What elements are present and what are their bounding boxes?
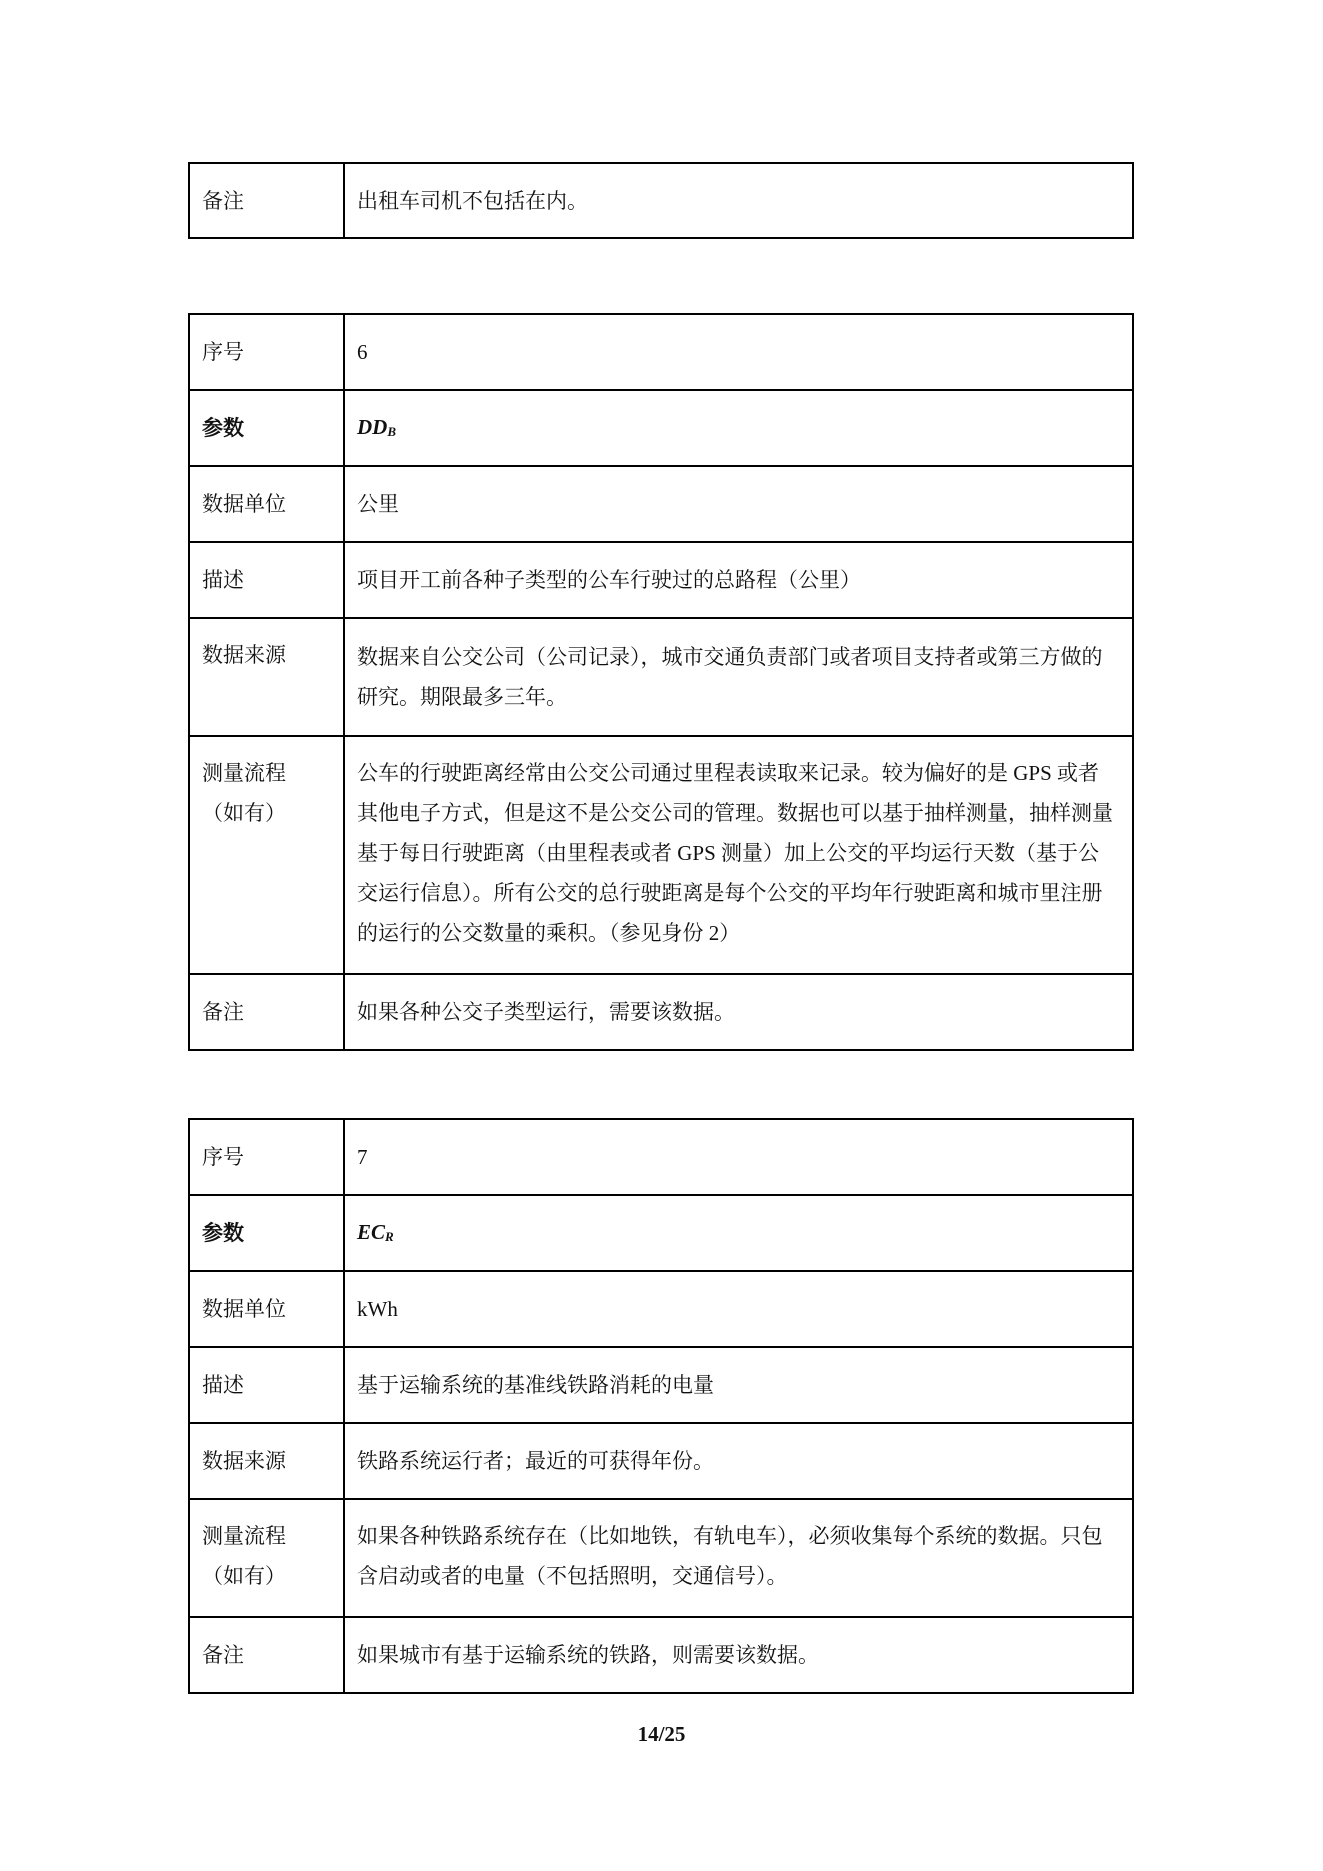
parameter-symbol: DDB xyxy=(357,415,396,439)
table-row-parameter: 参数 ECR xyxy=(189,1195,1133,1271)
row-label: 测量流程 （如有） xyxy=(189,736,344,974)
row-label: 序号 xyxy=(189,314,344,390)
row-value: 6 xyxy=(344,314,1133,390)
table-row-data-source: 数据来源 铁路系统运行者；最近的可获得年份。 xyxy=(189,1423,1133,1499)
parameter-symbol: ECR xyxy=(357,1220,394,1244)
table-row-data-source: 数据来源 数据来自公交公司（公司记录），城市交通负责部门或者项目支持者或第三方做… xyxy=(189,618,1133,736)
row-label: 数据单位 xyxy=(189,1271,344,1347)
page-number: 14/25 xyxy=(0,1722,1323,1747)
row-value: DDB xyxy=(344,390,1133,466)
table-row-description: 描述 基于运输系统的基准线铁路消耗的电量 xyxy=(189,1347,1133,1423)
row-label: 序号 xyxy=(189,1119,344,1195)
row-value: 公车的行驶距离经常由公交公司通过里程表读取来记录。较为偏好的是 GPS 或者其他… xyxy=(344,736,1133,974)
table-row-measurement: 测量流程 （如有） 公车的行驶距离经常由公交公司通过里程表读取来记录。较为偏好的… xyxy=(189,736,1133,974)
table-row-description: 描述 项目开工前各种子类型的公车行驶过的总路程（公里） xyxy=(189,542,1133,618)
table-row-remarks: 备注 如果各种公交子类型运行，需要该数据。 xyxy=(189,974,1133,1050)
row-label: 备注 xyxy=(189,163,344,238)
row-value: 公里 xyxy=(344,466,1133,542)
table-row-unit: 数据单位 公里 xyxy=(189,466,1133,542)
row-label: 测量流程 （如有） xyxy=(189,1499,344,1617)
row-label: 描述 xyxy=(189,1347,344,1423)
row-label: 备注 xyxy=(189,1617,344,1693)
parameter-table-6: 序号 6 参数 DDB 数据单位 公里 描述 项目开工前各种子类型的公车行驶过的… xyxy=(188,313,1134,1051)
table-row-remarks: 备注 如果城市有基于运输系统的铁路，则需要该数据。 xyxy=(189,1617,1133,1693)
parameter-table-5-tail: 备注 出租车司机不包括在内。 xyxy=(188,162,1134,239)
row-value: 数据来自公交公司（公司记录），城市交通负责部门或者项目支持者或第三方做的研究。期… xyxy=(344,618,1133,736)
table-row-unit: 数据单位 kWh xyxy=(189,1271,1133,1347)
row-label: 描述 xyxy=(189,542,344,618)
row-value: 如果各种铁路系统存在（比如地铁，有轨电车），必须收集每个系统的数据。只包含启动或… xyxy=(344,1499,1133,1617)
row-label: 参数 xyxy=(189,390,344,466)
row-value: 出租车司机不包括在内。 xyxy=(344,163,1133,238)
row-value: kWh xyxy=(344,1271,1133,1347)
row-value: 项目开工前各种子类型的公车行驶过的总路程（公里） xyxy=(344,542,1133,618)
row-value: 基于运输系统的基准线铁路消耗的电量 xyxy=(344,1347,1133,1423)
parameter-table-7: 序号 7 参数 ECR 数据单位 kWh 描述 基于运输系统的基准线铁路消耗的电… xyxy=(188,1118,1134,1694)
table-row-index: 序号 7 xyxy=(189,1119,1133,1195)
table-row-measurement: 测量流程 （如有） 如果各种铁路系统存在（比如地铁，有轨电车），必须收集每个系统… xyxy=(189,1499,1133,1617)
row-value: ECR xyxy=(344,1195,1133,1271)
row-value: 如果城市有基于运输系统的铁路，则需要该数据。 xyxy=(344,1617,1133,1693)
row-label: 参数 xyxy=(189,1195,344,1271)
row-label: 数据单位 xyxy=(189,466,344,542)
table-row-remarks: 备注 出租车司机不包括在内。 xyxy=(189,163,1133,238)
row-label: 备注 xyxy=(189,974,344,1050)
row-value: 铁路系统运行者；最近的可获得年份。 xyxy=(344,1423,1133,1499)
table-row-parameter: 参数 DDB xyxy=(189,390,1133,466)
row-label: 数据来源 xyxy=(189,1423,344,1499)
row-value: 如果各种公交子类型运行，需要该数据。 xyxy=(344,974,1133,1050)
row-label: 数据来源 xyxy=(189,618,344,736)
row-value: 7 xyxy=(344,1119,1133,1195)
table-row-index: 序号 6 xyxy=(189,314,1133,390)
